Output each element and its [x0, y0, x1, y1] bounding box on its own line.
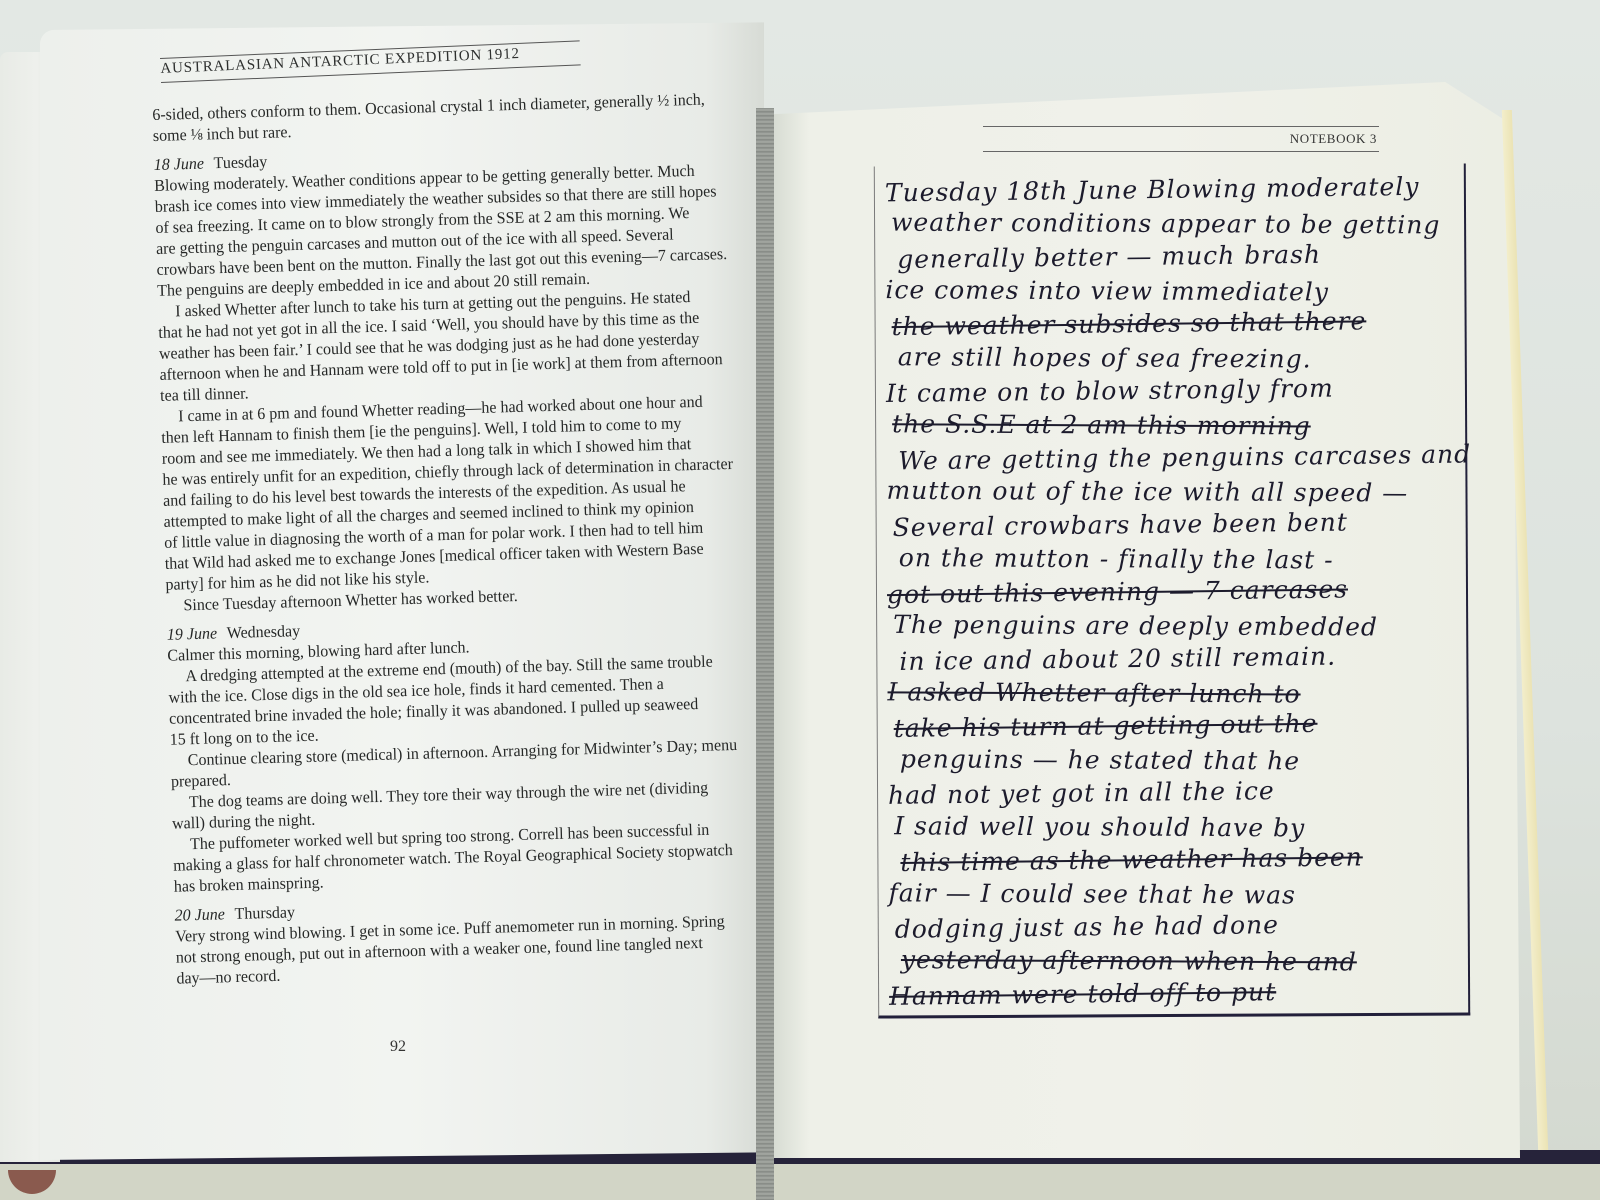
left-page-body: 6-sided, others conform to them. Occasio…: [152, 88, 747, 989]
table-surface: [0, 1164, 1600, 1200]
handwritten-line: in ice and about 20 still remain.: [899, 642, 1336, 676]
handwritten-line: got out this evening — 7 carcases: [887, 574, 1348, 609]
handwritten-line: yesterday afternoon when he and: [901, 945, 1357, 976]
handwritten-line: The penguins are deeply embedded: [893, 609, 1378, 641]
handwritten-line: We are getting the penguins carcases and: [898, 439, 1471, 475]
handwritten-line: Hannam were told off to put: [889, 977, 1276, 1011]
handwritten-line: I asked Whetter after lunch to: [887, 677, 1300, 708]
entry-date: 19 June: [167, 623, 218, 643]
handwritten-line: fair — I could see that he was: [889, 878, 1296, 909]
handwritten-line: take his turn at getting out the: [894, 709, 1318, 743]
entry-day: Wednesday: [226, 621, 300, 642]
bookmark-ribbon[interactable]: [756, 108, 774, 1200]
handwritten-line: Tuesday 18th June Blowing moderately: [885, 172, 1420, 208]
handwritten-facsimile: Tuesday 18th June Blowing moderatelyweat…: [874, 163, 1470, 1018]
handwritten-line: I said well you should have by: [894, 811, 1305, 842]
handwritten-line: the S.S.E at 2 am this morning: [892, 409, 1311, 440]
handwritten-line: on the mutton - finally the last -: [899, 543, 1334, 574]
handwritten-line: had not yet got in all the ice: [888, 776, 1275, 810]
entry-day: Thursday: [234, 902, 295, 923]
handwritten-line: weather conditions appear to be getting: [891, 207, 1441, 239]
handwritten-line: ice comes into view immediately: [885, 275, 1329, 306]
handwritten-line: generally better — much brash: [897, 240, 1321, 274]
entry-day: Tuesday: [213, 152, 267, 172]
running-head-right: NOTEBOOK 3: [983, 126, 1379, 152]
entry-date: 20 June: [174, 904, 225, 924]
page-number: 92: [390, 1038, 406, 1056]
handwritten-line: this time as the weather has been: [900, 842, 1363, 877]
handwritten-line: dodging just as he had done: [895, 910, 1280, 944]
handwritten-line: the weather subsides so that there: [891, 306, 1366, 341]
handwritten-line: Several crowbars have been bent: [892, 507, 1347, 542]
handwritten-line: mutton out of the ice with all speed —: [886, 475, 1408, 507]
handwritten-line: It came on to blow strongly from: [886, 374, 1334, 408]
handwritten-line: are still hopes of sea freezing.: [898, 342, 1312, 373]
entry-date: 18 June: [153, 154, 204, 174]
handwritten-line: penguins — he stated that he: [900, 744, 1300, 775]
